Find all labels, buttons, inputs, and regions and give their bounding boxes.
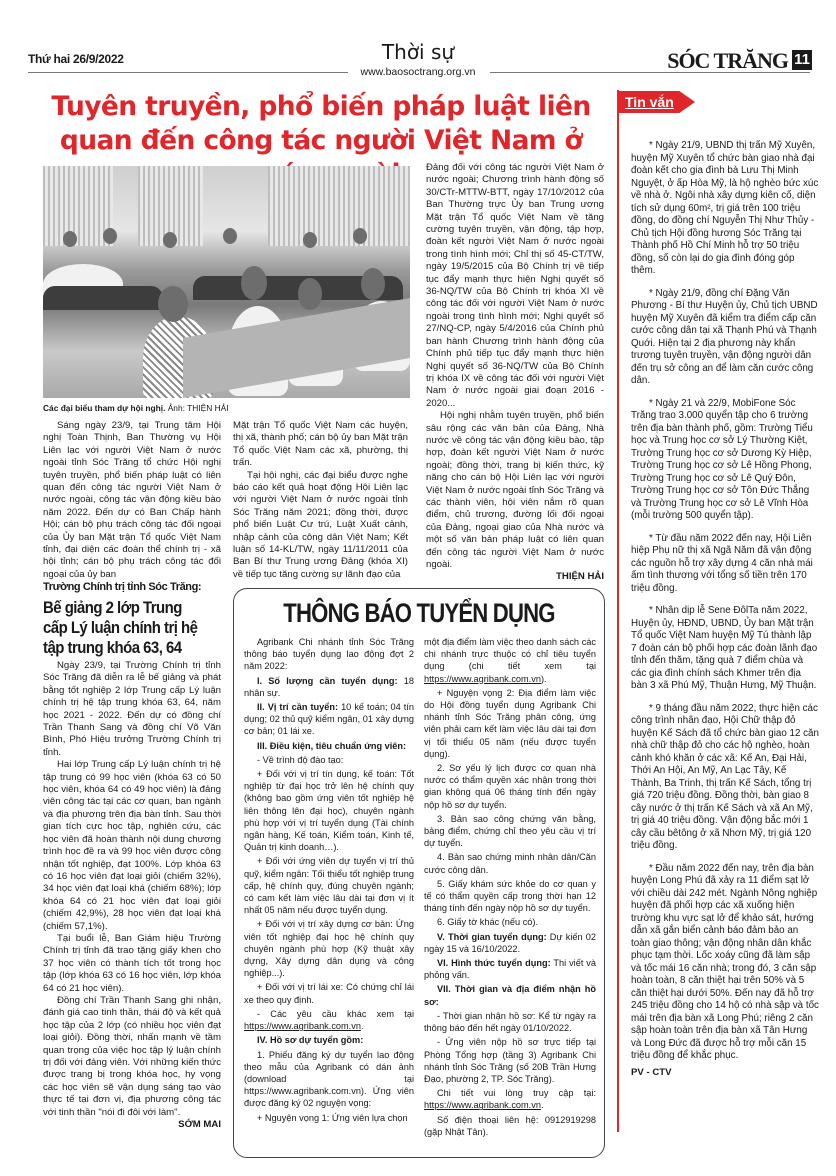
brief-item: * Từ đầu năm 2022 đến nay, Hội Liên hiệp… xyxy=(631,533,819,596)
agribank-link[interactable]: https://www.agribank.com.vn xyxy=(244,1021,361,1031)
article1-column-3: Đảng đối với công tác người Việt Nam ở n… xyxy=(426,162,604,584)
photo-credit: Ảnh: THIỆN HẢI xyxy=(165,403,228,413)
paragraph: + Đối với vị trí tín dụng, kế toán: Tốt … xyxy=(244,768,414,853)
article2-byline: SỚM MAI xyxy=(43,1119,221,1131)
photo-caption: Các đại biểu tham dự hội nghị. Ảnh: THIỆ… xyxy=(43,403,229,413)
sidebar-byline: PV - CTV xyxy=(631,1067,819,1080)
job-notice-column-2: một địa điểm làm việc theo danh sách các… xyxy=(424,636,596,1140)
paragraph: 6. Giấy tờ khác (nếu có). xyxy=(424,916,596,928)
paragraph: Tại buổi lễ, Ban Giám hiệu Trường Chính … xyxy=(43,933,221,995)
newspaper-brand: SÓC TRĂNG xyxy=(667,48,788,74)
paragraph: + Đối với vị trí lái xe: Có chứng chỉ lá… xyxy=(244,981,414,1005)
notice-section-5: V. Thời gian tuyển dụng: Dự kiến 02 ngày… xyxy=(424,931,596,955)
brief-item: * Nhân dịp lễ Sene ĐôlTa năm 2022, Huyện… xyxy=(631,605,819,693)
paragraph: - Thời gian nhận hồ sơ: Kể từ ngày ra th… xyxy=(424,1010,596,1034)
notice-section-7: VII. Thời gian và địa điểm nhận hồ sơ: xyxy=(424,983,596,1007)
article-photo xyxy=(43,166,410,398)
agribank-link[interactable]: https://www.agribank.com.vn xyxy=(424,674,541,684)
sidebar-rule xyxy=(617,90,619,1132)
paragraph: Sáng ngày 23/9, tại Trung tâm Hội nghị T… xyxy=(43,420,221,581)
paragraph: 1. Phiếu đăng ký dự tuyển lao động theo … xyxy=(244,1049,414,1110)
paragraph: Tại hội nghị, các đại biểu được nghe báo… xyxy=(233,470,408,582)
paragraph: Đảng đối với công tác người Việt Nam ở n… xyxy=(426,162,604,410)
paragraph: Ngày 23/9, tại Trường Chính trị tỉnh Sóc… xyxy=(43,660,221,759)
paragraph: Hai lớp Trung cấp Lý luận chính trị hệ t… xyxy=(43,759,221,933)
agribank-link[interactable]: https://www.agribank.com.vn xyxy=(424,1100,541,1110)
page-number: 11 xyxy=(792,50,812,70)
brief-item: * Ngày 21/9, đồng chí Đặng Văn Phương - … xyxy=(631,288,819,388)
paragraph: + Nguyện vọng 1: Ứng viên lựa chọn xyxy=(244,1112,414,1124)
notice-section-4: IV. Hồ sơ dự tuyển gồm: xyxy=(244,1034,414,1046)
article2-title: Bế giảng 2 lớp Trung cấp Lý luận chính t… xyxy=(43,598,201,658)
notice-section-6: VI. Hình thức tuyển dụng: Thi viết và ph… xyxy=(424,957,596,981)
brief-item: * Ngày 21 và 22/9, MobiFone Sóc Trăng tr… xyxy=(631,398,819,523)
header-rule-left xyxy=(28,72,348,73)
paragraph: Hội nghị nhằm tuyên truyền, phổ biến sâu… xyxy=(426,410,604,571)
article2-body: Ngày 23/9, tại Trường Chính trị tỉnh Sóc… xyxy=(43,660,221,1131)
notice-section-3: III. Điều kiện, tiêu chuẩn ứng viên: xyxy=(244,740,414,752)
paragraph: 5. Giấy khám sức khỏe do cơ quan y tế có… xyxy=(424,878,596,915)
contact-phone: Số điện thoại liên hệ: 0912919298 (gặp N… xyxy=(424,1114,596,1138)
article1-column-1: Sáng ngày 23/9, tại Trung tâm Hội nghị T… xyxy=(43,420,221,581)
brief-item: * 9 tháng đầu năm 2022, thực hiện các cô… xyxy=(631,703,819,853)
paragraph: một địa điểm làm việc theo danh sách các… xyxy=(424,636,596,685)
notice-section-2: II. Vị trí cần tuyển: 10 kế toán; 04 tín… xyxy=(244,701,414,738)
paragraph: Mặt trận Tổ quốc Việt Nam các huyện, thị… xyxy=(233,420,408,470)
sidebar-label: Tin vắn xyxy=(617,91,695,113)
news-briefs: * Ngày 21/9, UBND thị trấn Mỹ Xuyên, huy… xyxy=(631,140,819,1089)
paragraph: + Đối với vị trí xây dựng cơ bản: Ứng vi… xyxy=(244,918,414,979)
article1-column-2: Mặt trận Tổ quốc Việt Nam các huyện, thị… xyxy=(233,420,408,581)
article1-byline: THIỆN HẢI xyxy=(426,571,604,583)
paragraph: 2. Sơ yếu lý lịch được cơ quan nhà nước … xyxy=(424,762,596,811)
brief-item: * Đầu năm 2022 đến nay, trên địa bàn huy… xyxy=(631,863,819,1063)
paragraph: + Nguyện vọng 2: Địa điểm làm việc do Hộ… xyxy=(424,687,596,760)
job-notice-column-1: Agribank Chi nhánh tỉnh Sóc Trăng thông … xyxy=(244,636,414,1126)
paragraph: + Đối với ứng viên dự tuyển vị trí thủ q… xyxy=(244,855,414,916)
notice-section-1: I. Số lượng cần tuyển dụng: 18 nhân sự. xyxy=(244,675,414,699)
paragraph: Chi tiết vui lòng truy cập tại: https://… xyxy=(424,1087,596,1111)
paragraph: - Ứng viên nộp hồ sơ trực tiếp tại Phòng… xyxy=(424,1036,596,1085)
paragraph: 4. Bản sao chứng minh nhân dân/Căn cước … xyxy=(424,851,596,875)
paragraph: Đồng chí Trần Thanh Sang ghi nhận, đánh … xyxy=(43,995,221,1119)
article2-kicker: Trường Chính trị tỉnh Sóc Trăng: xyxy=(43,581,201,593)
paragraph: 3. Bản sao công chứng văn bằng, bảng điể… xyxy=(424,813,596,850)
paragraph: - Các yêu cầu khác xem tại https://www.a… xyxy=(244,1008,414,1032)
notice-intro: Agribank Chi nhánh tỉnh Sóc Trăng thông … xyxy=(244,636,414,673)
job-notice-title: THÔNG BÁO TUYỂN DỤNG xyxy=(266,598,571,629)
brief-item: * Ngày 21/9, UBND thị trấn Mỹ Xuyên, huy… xyxy=(631,140,819,278)
caption-text: Các đại biểu tham dự hội nghị. xyxy=(43,403,165,413)
paragraph: - Về trình độ đào tạo: xyxy=(244,754,414,766)
